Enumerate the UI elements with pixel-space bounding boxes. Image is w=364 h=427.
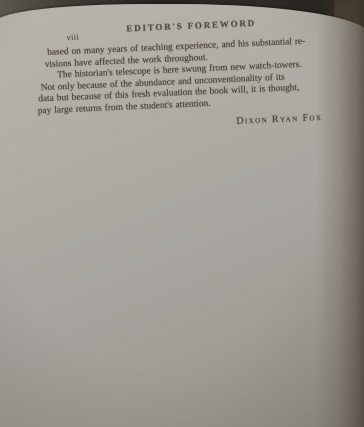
body-text: based on many years of teaching experien… — [35, 35, 352, 118]
book-photo: viii EDITOR'S FOREWORD based on many yea… — [0, 0, 364, 427]
page-number: viii — [66, 33, 79, 43]
printed-page-content: viii EDITOR'S FOREWORD based on many yea… — [34, 14, 352, 135]
